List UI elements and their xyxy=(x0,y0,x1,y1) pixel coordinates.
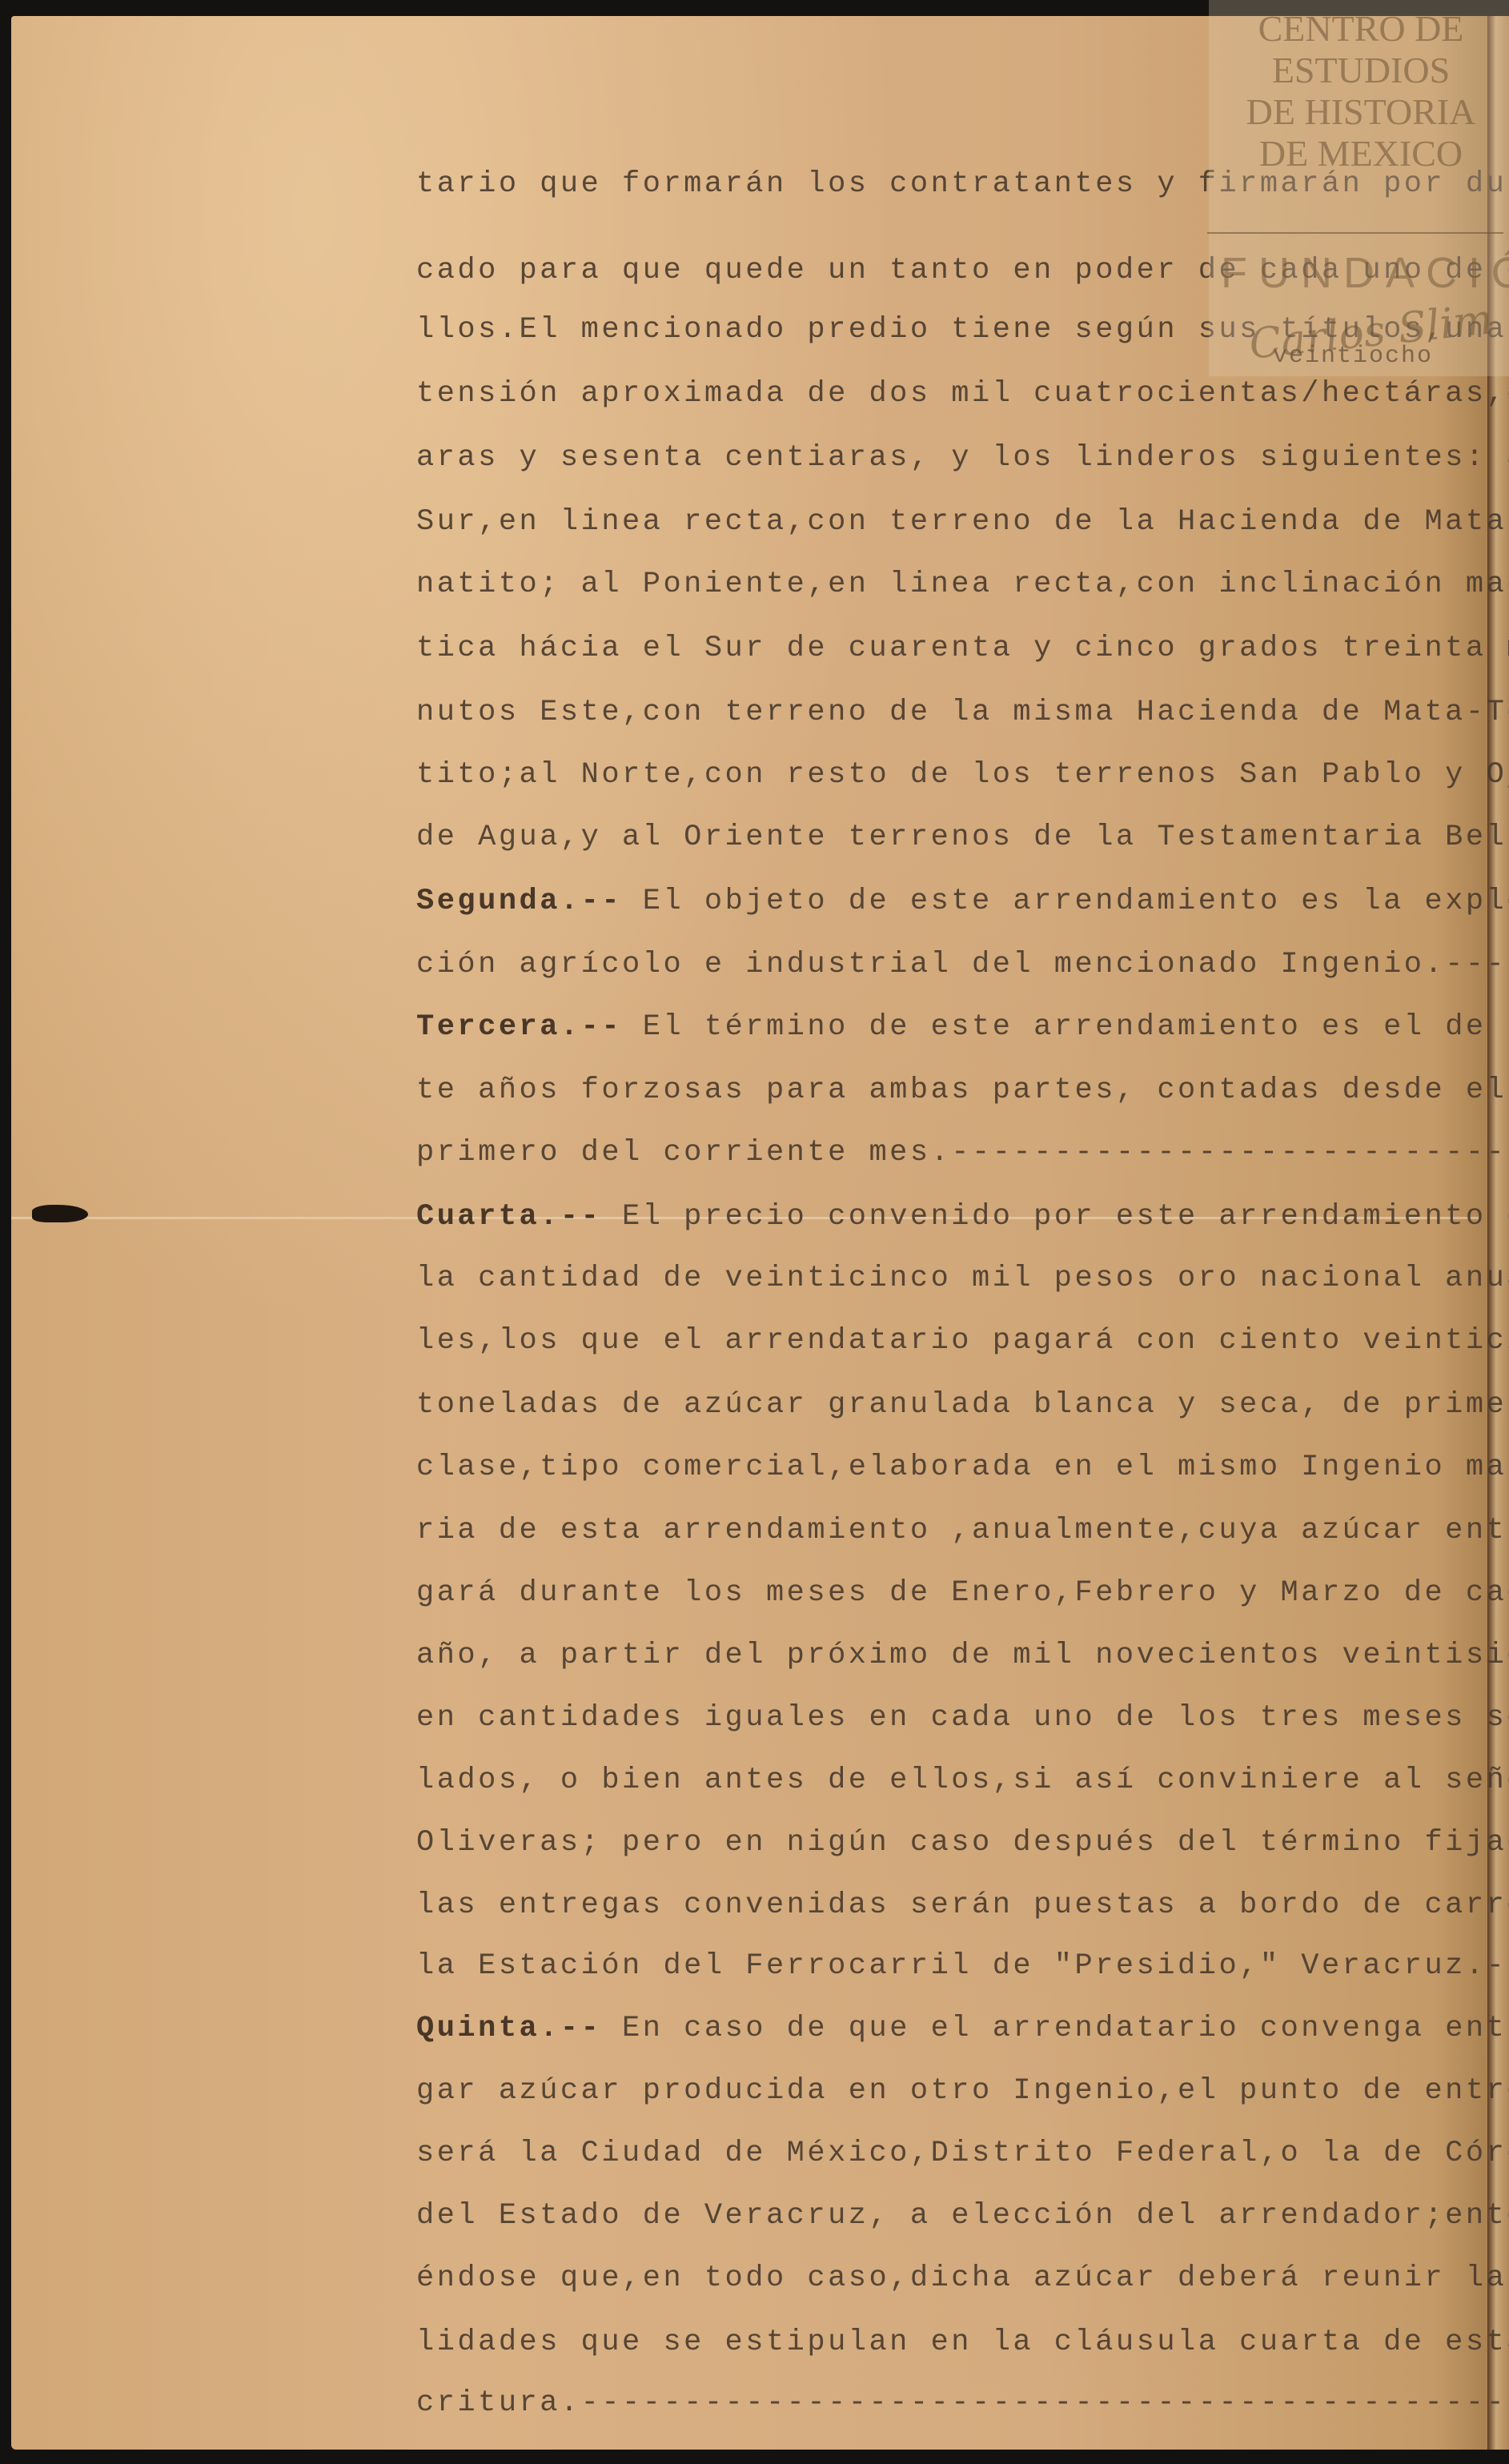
text-line: gar azúcar producida en otro Ingenio,el … xyxy=(416,2077,1489,2106)
watermark-line: ESTUDIOS xyxy=(1217,50,1505,91)
line-text: clase,tipo comercial,elaborada en el mis… xyxy=(416,1451,1509,1484)
text-line: Sur,en linea recta,con terreno de la Hac… xyxy=(416,508,1489,537)
watermark-line: DE HISTORIA xyxy=(1217,91,1505,133)
watermark-divider xyxy=(1207,232,1503,234)
watermark-line: DE MEXICO xyxy=(1217,133,1505,175)
line-text: la Estación del Ferrocarril de "Presidio… xyxy=(416,1949,1509,1983)
clause-label: Cuarta.-- xyxy=(416,1200,601,1234)
clause-heading-line: Segunda.-- El objeto de este arrendamien… xyxy=(416,887,1489,917)
text-line: año, a partir del próximo de mil novecie… xyxy=(416,1641,1489,1671)
line-text: en cantidades iguales en cada uno de los… xyxy=(416,1701,1509,1735)
text-line: éndose que,en todo caso,dicha azúcar deb… xyxy=(416,2264,1489,2293)
text-line: natito; al Poniente,en linea recta,con i… xyxy=(416,570,1489,600)
text-line: tensión aproximada de dos mil cuatrocien… xyxy=(416,379,1489,409)
line-text: tica hácia el Sur de cuarenta y cinco gr… xyxy=(416,632,1509,665)
line-text: aras y sesenta centiaras, y los linderos… xyxy=(416,441,1509,475)
text-line: ria de esta arrendamiento ,anualmente,cu… xyxy=(416,1516,1489,1546)
text-line: en cantidades iguales en cada uno de los… xyxy=(416,1704,1489,1733)
line-text: toneladas de azúcar granulada blanca y s… xyxy=(416,1388,1509,1422)
text-line: ción agrícolo e industrial del mencionad… xyxy=(416,950,1489,980)
clause-heading-line: Cuarta.-- El precio convenido por este a… xyxy=(416,1202,1489,1232)
text-line: la Estación del Ferrocarril de "Presidio… xyxy=(416,1952,1489,1981)
line-text: gará durante los meses de Enero,Febrero … xyxy=(416,1576,1509,1610)
watermark-foundation: FUNDACIÓN xyxy=(1221,248,1509,298)
line-text: nutos Este,con terreno de la misma Hacie… xyxy=(416,696,1509,729)
text-line: tito;al Norte,con resto de los terrenos … xyxy=(416,760,1489,790)
line-text: éndose que,en todo caso,dicha azúcar deb… xyxy=(416,2261,1509,2295)
line-text: En caso de que el arrendatario convenga … xyxy=(601,2012,1509,2045)
clause-label: Quinta.-- xyxy=(416,2012,601,2045)
text-line: la cantidad de veinticinco mil pesos oro… xyxy=(416,1264,1489,1294)
line-text: El objeto de este arrendamiento es la ex… xyxy=(622,885,1509,918)
line-text: gar azúcar producida en otro Ingenio,el … xyxy=(416,2074,1509,2108)
text-line: clase,tipo comercial,elaborada en el mis… xyxy=(416,1453,1489,1483)
text-line: tica hácia el Sur de cuarenta y cinco gr… xyxy=(416,634,1489,664)
line-text: las entregas convenidas serán puestas a … xyxy=(416,1888,1509,1922)
line-text: lidades que se estipulan en la cláusula … xyxy=(416,2326,1509,2359)
line-text: Sur,en linea recta,con terreno de la Hac… xyxy=(416,505,1509,539)
line-text: ción agrícolo e industrial del mencionad… xyxy=(416,948,1509,981)
text-line: del Estado de Veracruz, a elección del a… xyxy=(416,2201,1489,2231)
line-text: Oliveras; pero en nigún caso después del… xyxy=(416,1826,1509,1860)
clause-heading-line: Quinta.-- En caso de que el arrendatario… xyxy=(416,2014,1489,2044)
line-text: tito;al Norte,con resto de los terrenos … xyxy=(416,758,1509,792)
clause-label: Tercera.-- xyxy=(416,1010,622,1044)
watermark-line: CENTRO DE xyxy=(1217,8,1505,50)
text-line: de Agua,y al Oriente terrenos de la Test… xyxy=(416,823,1489,853)
line-text: te años forzosas para ambas partes, cont… xyxy=(416,1073,1509,1107)
text-line: Oliveras; pero en nigún caso después del… xyxy=(416,1828,1489,1858)
paper-tear xyxy=(32,1205,88,1222)
text-line: las entregas convenidas serán puestas a … xyxy=(416,1891,1489,1920)
text-line: te años forzosas para ambas partes, cont… xyxy=(416,1076,1489,1106)
line-text: El precio convenido por este arrendamien… xyxy=(601,1200,1509,1234)
line-text: del Estado de Veracruz, a elección del a… xyxy=(416,2199,1509,2233)
line-text: natito; al Poniente,en linea recta,con i… xyxy=(416,568,1509,601)
line-text: El término de este arrendamiento es el d… xyxy=(622,1010,1509,1044)
line-text: les,los que el arrendatario pagará con c… xyxy=(416,1324,1509,1358)
text-line: toneladas de azúcar granulada blanca y s… xyxy=(416,1391,1489,1420)
clause-label: Segunda.-- xyxy=(416,885,622,918)
watermark-institution: CENTRO DE ESTUDIOS DE HISTORIA DE MEXICO xyxy=(1217,8,1505,175)
text-line: les,los que el arrendatario pagará con c… xyxy=(416,1326,1489,1356)
line-text: critura.--------------------------------… xyxy=(416,2386,1509,2420)
line-text: primero del corriente mes.--------------… xyxy=(416,1136,1509,1170)
line-text: año, a partir del próximo de mil novecie… xyxy=(416,1639,1509,1672)
line-text: la cantidad de veinticinco mil pesos oro… xyxy=(416,1262,1509,1295)
line-text: tensión aproximada de dos mil cuatrocien… xyxy=(416,377,1509,411)
text-line: lidades que se estipulan en la cláusula … xyxy=(416,2328,1489,2358)
line-text: de Agua,y al Oriente terrenos de la Test… xyxy=(416,821,1509,854)
text-line: gará durante los meses de Enero,Febrero … xyxy=(416,1579,1489,1608)
line-text: ria de esta arrendamiento ,anualmente,cu… xyxy=(416,1514,1509,1547)
line-text: lados, o bien antes de ellos,si así conv… xyxy=(416,1764,1509,1797)
text-line: nutos Este,con terreno de la misma Hacie… xyxy=(416,698,1489,728)
text-line: aras y sesenta centiaras, y los linderos… xyxy=(416,443,1489,473)
clause-heading-line: Tercera.-- El término de este arrendamie… xyxy=(416,1013,1489,1042)
text-line: primero del corriente mes.--------------… xyxy=(416,1138,1489,1168)
text-line: lados, o bien antes de ellos,si así conv… xyxy=(416,1766,1489,1796)
text-line: critura.--------------------------------… xyxy=(416,2389,1489,2418)
line-text: será la Ciudad de México,Distrito Federa… xyxy=(416,2137,1509,2170)
text-line: será la Ciudad de México,Distrito Federa… xyxy=(416,2139,1489,2169)
